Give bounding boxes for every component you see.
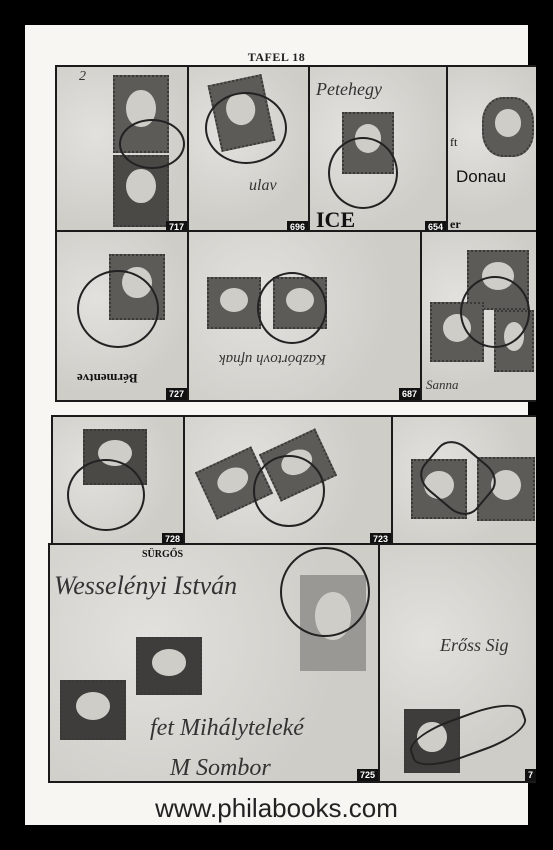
handwriting: ulav: [249, 177, 277, 195]
printed-text: SÜRGŐS: [142, 549, 183, 560]
handwriting: M Sombor: [170, 755, 271, 782]
lot-panel-728[interactable]: 728: [51, 415, 185, 547]
stamp-image: [60, 680, 126, 740]
stamp-image: [136, 637, 202, 695]
postmark-cancel: [405, 696, 531, 775]
handwriting: Sanna: [426, 377, 459, 393]
catalog-page: TAFEL 18 2 717 ulav 696 Petehegy ICE 654…: [25, 25, 528, 825]
annotation: 2: [79, 69, 86, 85]
lot-panel-partial-4[interactable]: Erőss Sig 7: [378, 543, 536, 783]
postmark-cancel: [328, 137, 398, 209]
postmark-cancel: [77, 270, 159, 348]
lot-number: 727: [166, 388, 187, 400]
postmark-cancel: [460, 276, 530, 348]
lot-panel-partial-1[interactable]: ft Donau er: [446, 65, 536, 235]
postmark-cancel: [280, 547, 370, 637]
lot-panel-687[interactable]: Kazbórtovh ufnak 687: [187, 230, 422, 402]
postmark-cancel: [67, 459, 145, 531]
lot-number: 725: [357, 769, 378, 781]
handwriting: fet Mihályteleké: [150, 715, 304, 742]
handwriting: Petehegy: [316, 79, 382, 100]
handwriting: Kazbórtovh ufnak: [219, 350, 326, 367]
postmark-cancel: [205, 92, 287, 164]
lot-number: 7: [525, 769, 536, 781]
postmark-cancel: [253, 455, 325, 527]
lot-panel-717[interactable]: 2 717: [55, 65, 189, 235]
handwriting: Erőss Sig: [440, 635, 509, 656]
lot-panel-partial-2[interactable]: Sanna: [420, 230, 536, 402]
lot-panel-696[interactable]: ulav 696: [187, 65, 310, 235]
page-title: TAFEL 18: [25, 50, 528, 65]
printed-text: ft: [450, 135, 457, 150]
lot-panel-727[interactable]: Bérmentve 727: [55, 230, 189, 402]
stamp-image: [482, 97, 534, 157]
stamp-image: [207, 277, 261, 329]
lot-panel-partial-3[interactable]: [391, 415, 536, 547]
lot-panel-723[interactable]: 723: [183, 415, 393, 547]
footer-url[interactable]: www.philabooks.com: [25, 793, 528, 824]
postmark-cancel: [257, 272, 327, 344]
printed-text: Bérmentve: [77, 370, 138, 386]
postmark-cancel: [119, 119, 185, 169]
lot-number: 687: [399, 388, 420, 400]
lot-panel-654[interactable]: Petehegy ICE 654: [308, 65, 448, 235]
lot-panel-725[interactable]: SÜRGŐS Wesselényi István fet Mihálytelek…: [48, 543, 380, 783]
handwriting: Wesselényi István: [54, 571, 237, 601]
printed-text: Donau: [456, 167, 506, 187]
